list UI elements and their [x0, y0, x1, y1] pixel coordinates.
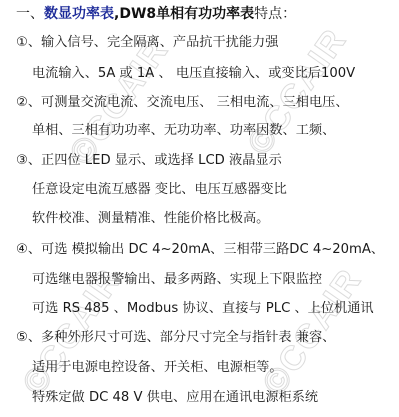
feature-1: ①、输入信号、完全隔离、产品抗干扰能力强: [16, 35, 278, 51]
feature-2: ②、可测量交流电流、交流电压、 三相电流、三相电压、: [16, 95, 349, 111]
feature-5-detail-2: 特殊定做 DC 48 V 供电、应用在通讯电源柜系统: [32, 390, 318, 406]
heading-suffix: 特点：: [254, 6, 296, 22]
feature-1-detail: 电流输入、5A 或 1A 、 电压直接输入、或变比后100V: [32, 66, 355, 82]
feature-3-detail-1: 任意设定电流互感器 变比、电压互感器变比: [32, 182, 287, 198]
heading-model: ,DW8单相有功功率表: [114, 6, 254, 22]
feature-5-detail-1: 适用于电源电控设备、开关柜、电源柜等。: [32, 360, 283, 376]
feature-5: ⑤、多种外形尺寸可选、部分尺寸完全与指针表 兼容、: [16, 330, 335, 346]
watermark-layer: ©CCAIR ©CCAIR ©CCAIR ©CCAIR: [0, 0, 399, 417]
heading: 一、数显功率表,DW8单相有功功率表特点：: [16, 6, 296, 22]
feature-4-detail-2: 可选 RS 485 、Modbus 协议、直接与 PLC 、上位机通讯: [32, 301, 374, 317]
feature-3-detail-2: 软件校准、测量精准、性能价格比极高。: [32, 211, 269, 227]
heading-product-name: 数显功率表: [44, 6, 114, 22]
feature-4: ④、可选 模拟输出 DC 4~20mA、三相带三路DC 4~20mA、: [16, 242, 384, 258]
feature-3: ③、正四位 LED 显示、或选择 LCD 液晶显示: [16, 153, 282, 169]
feature-4-detail-1: 可选继电器报警输出、最多两路、实现上下限监控: [32, 272, 322, 288]
heading-prefix: 一、: [16, 6, 44, 22]
feature-2-detail: 单相、三相有功功率、无功功率、功率因数、工频、: [32, 123, 335, 139]
